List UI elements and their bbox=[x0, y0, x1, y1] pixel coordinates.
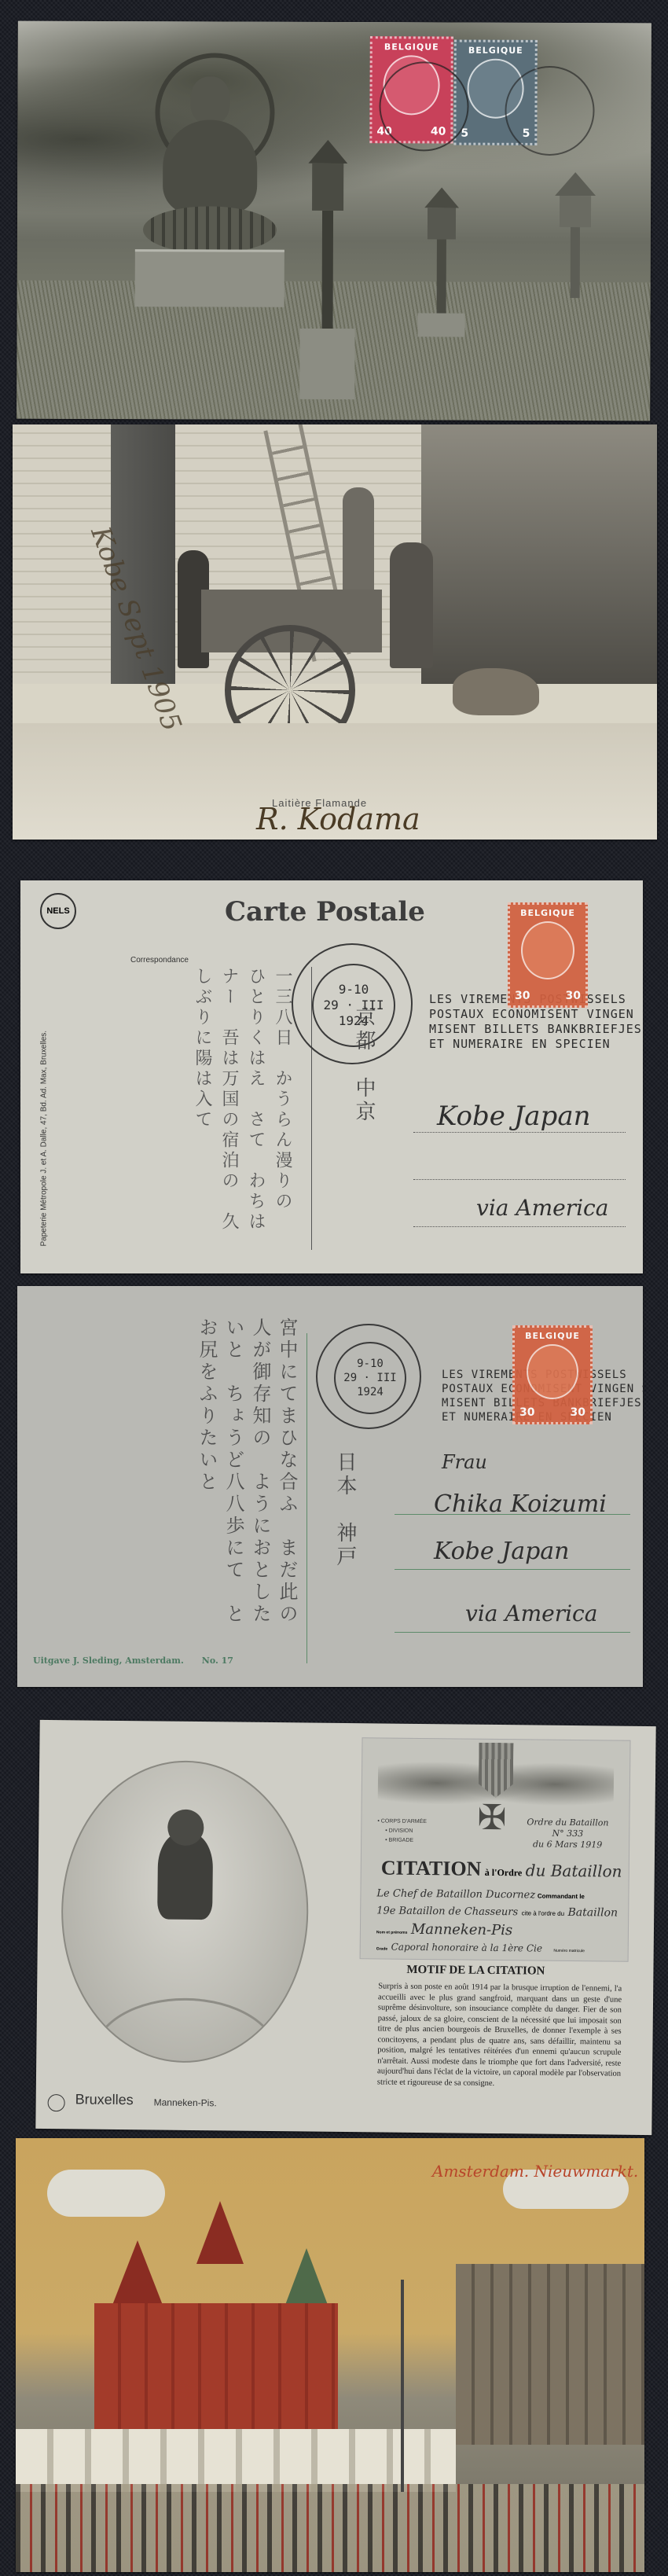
stamp-30c-orange: BELGIQUE 30 30 bbox=[512, 1325, 593, 1424]
stone-lantern bbox=[552, 172, 600, 329]
stone-lantern bbox=[417, 187, 465, 344]
citation-certificate: ✠ • CORPS D'ARMÉE• DIVISION• BRIGADE Ord… bbox=[360, 1737, 631, 1962]
japanese-address: 京都 中京 bbox=[351, 1006, 377, 1163]
croix-de-guerre-icon: ✠ bbox=[477, 1801, 506, 1836]
printer-line: Papeterie Métropole J. et A. Dalle, 47, … bbox=[40, 948, 49, 1247]
citation-line-1: Le Chef de Bataillon Ducornez Commandant… bbox=[376, 1887, 585, 1902]
address-line: Frau bbox=[442, 1451, 487, 1473]
divider-line bbox=[306, 1333, 307, 1663]
motif-text: Surpris à son poste en août 1914 par la … bbox=[377, 1981, 622, 2089]
postmark-circle bbox=[505, 66, 594, 156]
card-header: Carte Postale bbox=[225, 896, 425, 928]
printer-line: Uitgave J. Sleding, Amsterdam. No. 17 bbox=[33, 1655, 233, 1666]
postcard-manneken-pis-citation: Bruxelles Manneken-Pis. ✠ • CORPS D'ARMÉ… bbox=[35, 1720, 655, 2135]
motif-title: MOTIF DE LA CITATION bbox=[406, 1964, 545, 1979]
crowd bbox=[16, 2484, 644, 2572]
place-caption: Bruxelles bbox=[75, 2091, 134, 2108]
stamp-30c-orange: BELGIQUE 30 30 bbox=[508, 902, 588, 1008]
japanese-message: 宮中にてまひな合ふ まだ此の人が御存知の ようにおとしたいと ちょうど八八歩にて… bbox=[33, 1317, 300, 1632]
order-reference: Ordre du BataillonN° 333du 6 Mars 1919 bbox=[527, 1817, 609, 1850]
page-caption: Amsterdam. Nieuwmarkt. bbox=[432, 2162, 638, 2181]
grade-field: Grade Caporal honoraire à la 1ère Cie Nu… bbox=[376, 1939, 585, 1956]
name-field: Nom et prénoms Manneken-Pis bbox=[376, 1920, 512, 1938]
weigh-house-de-waag bbox=[94, 2201, 338, 2445]
signature: R. Kodama bbox=[256, 802, 420, 836]
address-line: Kobe Japan bbox=[434, 1538, 570, 1565]
postcard-back-kobe-2: 宮中にてまひな合ふ まだ此の人が御存知の ようにおとしたいと ちょうど八八歩にて… bbox=[17, 1286, 643, 1687]
address-line: via America bbox=[465, 1600, 597, 1626]
citation-title: CITATION à l'Ordre du Bataillon bbox=[381, 1856, 622, 1882]
postcard-buddha-front: BELGIQUE 40 40 BELGIQUE 5 5 bbox=[17, 21, 651, 421]
woman-figure bbox=[390, 542, 433, 668]
street-lamp bbox=[401, 2280, 404, 2492]
market-stalls bbox=[16, 2429, 456, 2492]
corps-labels: • CORPS D'ARMÉE• DIVISION• BRIGADE bbox=[377, 1817, 427, 1846]
japanese-message: 一三八日 かうらん漫りの ひとりくはえ さて わちはナー 吾は万国の宿泊の 久し… bbox=[60, 967, 295, 1250]
stone-lantern bbox=[299, 140, 355, 407]
postmark-circle bbox=[379, 61, 468, 151]
shed bbox=[421, 424, 657, 684]
address-line: Kobe Japan bbox=[437, 1101, 590, 1132]
subject-caption: Manneken-Pis. bbox=[154, 2096, 217, 2108]
boy-figure bbox=[343, 487, 374, 597]
postcard-amsterdam-nieuwmarkt-front: Amsterdam. Nieuwmarkt. bbox=[16, 2138, 644, 2572]
nels-logo-icon: NELS bbox=[40, 893, 76, 929]
address-line: via America bbox=[476, 1195, 608, 1221]
japanese-address: 日本 神戸 bbox=[332, 1451, 358, 1600]
manneken-pis-oval-photo bbox=[60, 1759, 310, 2063]
citation-line-2: 19e Bataillon de Chasseurs cite à l'ordr… bbox=[376, 1903, 618, 1920]
dog bbox=[453, 668, 539, 715]
buddha-statue bbox=[134, 53, 284, 344]
nels-logo-icon bbox=[48, 2094, 65, 2111]
postcard-milk-seller-front: Kobe Sept 1905 Laitière Flamande R. Koda… bbox=[13, 424, 657, 840]
correspondence-label: Correspondance bbox=[130, 956, 189, 965]
street-buildings bbox=[456, 2264, 644, 2445]
postcard-back-kobe-1: NELS Carte Postale Correspondance Papete… bbox=[20, 880, 643, 1273]
postmark: 9-10 29 · III 1924 bbox=[316, 1324, 421, 1429]
